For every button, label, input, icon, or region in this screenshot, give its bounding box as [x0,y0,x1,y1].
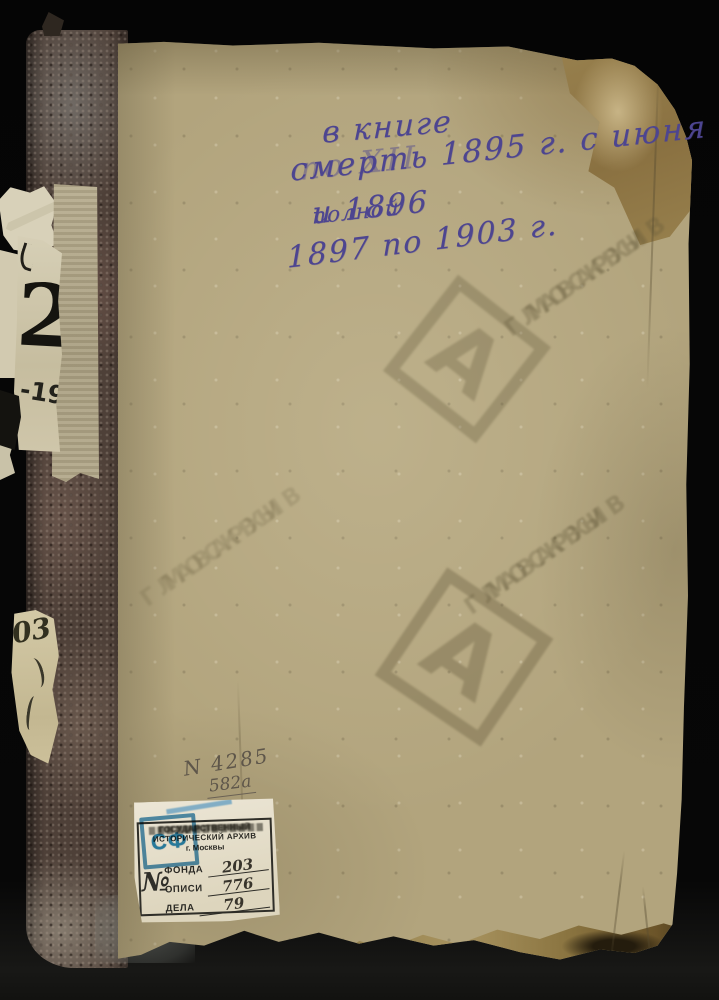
blue-square-stamp: СФ [139,813,199,870]
spine-lower-label-text: 03 [9,611,53,650]
opis-label: ОПИСИ [165,883,203,895]
book-spine [26,30,128,968]
blue-stamp-text: СФ [150,827,189,856]
paper-crease [609,850,626,969]
delo-value: 79 [198,894,270,917]
bottom-edge-damage-stain [338,914,692,966]
handwriting-squiggle [26,657,47,689]
delo-label: ДЕЛА [165,902,194,914]
archive-label: ГОСУДАРСТВЕННЫЙ ИСТОРИЧЕСКИЙ АРХИВ г. Мо… [132,798,280,925]
fond-value: 203 [207,856,269,877]
handwriting-squiggle [25,696,40,731]
spine-number-label: 2 -19 [14,236,62,452]
blue-ink-smear [166,799,232,814]
opis-row: ОПИСИ 776 [165,876,269,896]
book-cover-photo: А А ГЛАВАРХИВ МОСКВЫ ГЛАВАРХИВ МОСКВЫ ГЛ… [0,0,719,1000]
spine-black-patch [0,390,21,450]
paper-crease [642,886,652,966]
